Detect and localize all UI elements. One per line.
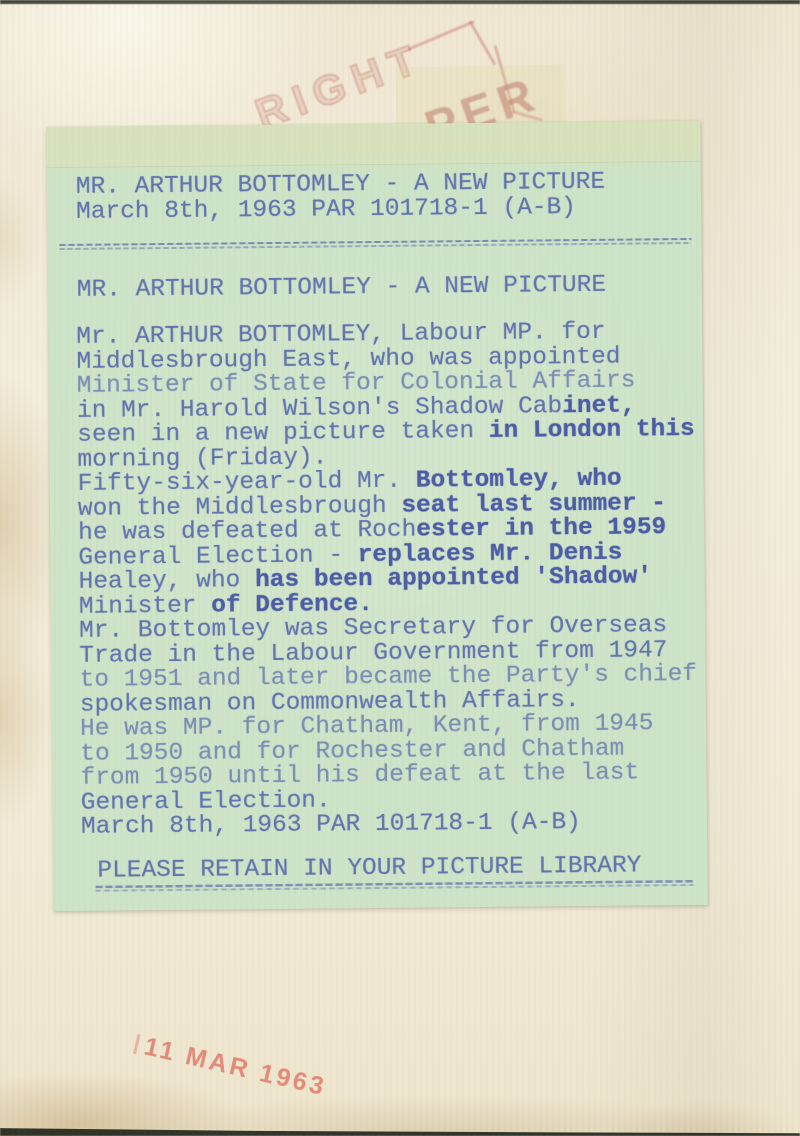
caption-line: Healey, who has been appointed 'Shadow' xyxy=(79,565,697,595)
caption-dateline: March 8th, 1963 PAR 101718-1 (A-B) xyxy=(76,194,576,226)
photo-edge-top xyxy=(0,0,800,4)
stamp-tick-mark xyxy=(133,1034,140,1054)
date-received-stamp: 11 MAR 1963 xyxy=(86,993,335,1131)
caption-sheet: MR. ARTHUR BOTTOMLEY - A NEW PICTURE Mar… xyxy=(46,121,707,911)
archive-photo-back: RIGHT PER MR. ARTHUR BOTTOMLEY - A NEW P… xyxy=(0,0,800,1136)
retain-notice: PLEASE RETAIN IN YOUR PICTURE LIBRARY xyxy=(97,852,641,884)
caption-text-overstruck: in London this xyxy=(489,416,695,445)
date-received-text: 11 MAR 1963 xyxy=(142,1032,329,1101)
caption-section-title: MR. ARTHUR BOTTOMLEY - A NEW PICTURE xyxy=(77,272,607,304)
caption-text: March 8th, 1963 PAR 101718-1 (A-B) xyxy=(81,809,581,841)
caption-line: seen in a new picture taken in London th… xyxy=(77,418,695,448)
caption-text-overstruck: inet, xyxy=(562,392,636,420)
tape-fragment xyxy=(395,65,564,130)
caption-line: from 1950 until his defeat at the last xyxy=(80,761,698,791)
caption-line: to 1951 and later became the Party's chi… xyxy=(79,663,697,693)
photo-edge-bottom xyxy=(0,1127,800,1136)
caption-text: Minister of State for Colonial Affairs xyxy=(77,368,636,400)
caption-text: from 1950 until his defeat at the last xyxy=(80,759,639,791)
copyright-stamp-border xyxy=(469,21,497,66)
caption-body: Mr. ARTHUR BOTTOMLEY, Labour MP. forMidd… xyxy=(76,320,698,840)
typed-divider-rule xyxy=(59,238,691,251)
caption-line: March 8th, 1963 PAR 101718-1 (A-B) xyxy=(81,810,699,840)
copyright-stamp-border xyxy=(407,20,474,51)
caption-text-overstruck: has been appointed 'Shadow' xyxy=(255,563,652,594)
caption-line: Minister of State for Colonial Affairs xyxy=(77,369,695,399)
caption-sheet-content: MR. ARTHUR BOTTOMLEY - A NEW PICTURE Mar… xyxy=(46,121,707,911)
